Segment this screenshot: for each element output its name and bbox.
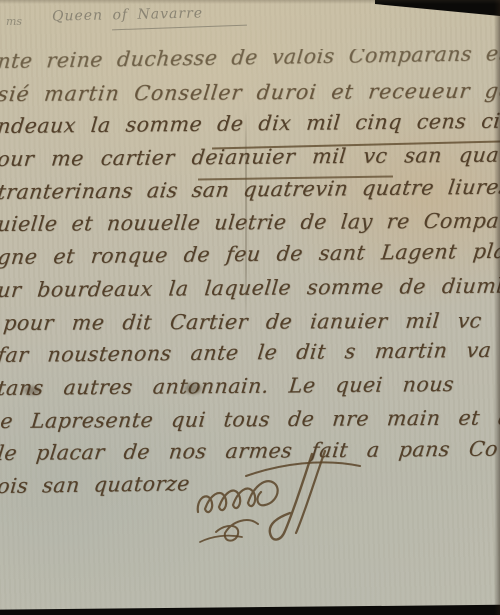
manuscript-line: nte reine duchesse de valois Comparans e… [0, 49, 500, 82]
manuscript-photo: ms Queen of Navarre nte reine duchesse d… [0, 0, 500, 615]
ink-stain [184, 383, 202, 394]
signature-flourish [188, 438, 388, 550]
pencil-prefix: ms [6, 15, 22, 28]
manuscript-line: tans autres antonnain. Le quei nous [0, 371, 500, 408]
manuscript-line: tranterinans ais san quatrevin quatre li… [0, 174, 500, 212]
manuscript-line: ur bourdeaux la laquelle somme de diuml [0, 273, 500, 310]
signature [188, 438, 388, 550]
pencil-annotation: Queen of Navarre [52, 5, 203, 24]
ink-stain [24, 386, 40, 395]
manuscript-line: gne et ronque de feu de sant Lagent plan… [0, 239, 500, 278]
photo-edge-shadow [0, 0, 500, 4]
manuscript-line: far noustenons ante le dit s martin va [0, 338, 500, 376]
manuscript-line: e Lapresente qui tous de nre main et a [0, 405, 500, 441]
photo-edge-shadow [494, 0, 500, 615]
